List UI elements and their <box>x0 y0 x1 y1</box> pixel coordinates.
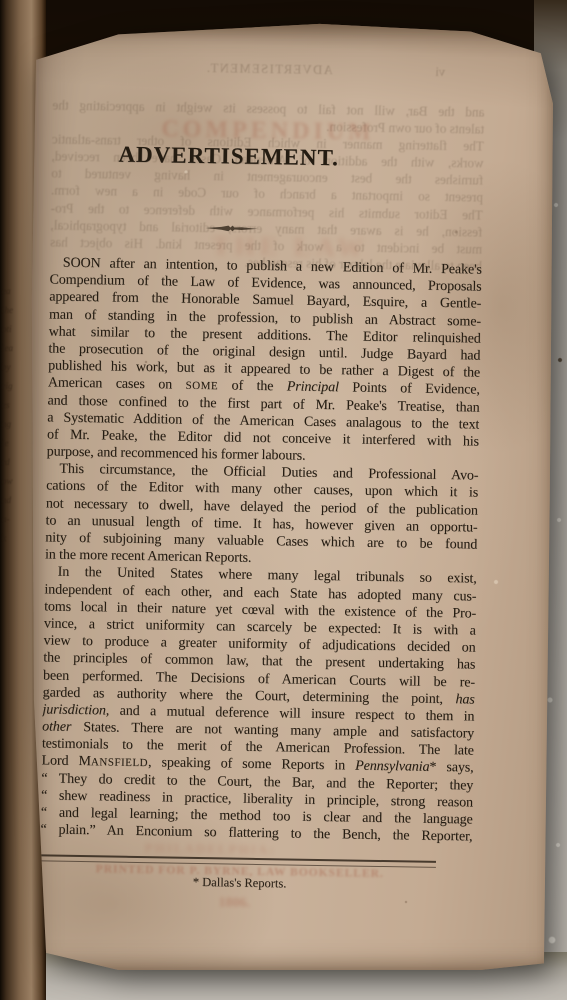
body-paragraphs: SOON after an intention, to publish a ne… <box>40 254 482 845</box>
gutter-fragment: k <box>2 529 22 548</box>
verso-bleedthrough-lines: and the Bar, will not fail to possess it… <box>50 96 485 274</box>
gutter-fragment: rig <box>2 377 22 396</box>
footnote-rule <box>36 854 436 868</box>
gutter-fragment: rd <box>2 453 22 472</box>
gutter-fragment: ow <box>2 472 22 491</box>
gutter-fragment: le <box>2 434 22 453</box>
gutter-fragment: ea <box>2 282 22 301</box>
ornament-rule <box>204 224 258 233</box>
footnote-text: * Dallas's Reports. <box>40 872 440 894</box>
facing-page-text-fragments: eatheotileabyrigesnglerdownda-k <box>2 282 22 548</box>
paragraph: This circumstance, the Official Duties a… <box>45 461 479 571</box>
gutter-fragment: oti <box>2 320 22 339</box>
paragraph: In the United States where many legal tr… <box>40 564 477 846</box>
verso-page-number: vi <box>435 65 445 80</box>
gutter-fragment: the <box>2 301 22 320</box>
page-paper: vi ADVERTISEMENT. and the Bar, will not … <box>26 22 554 970</box>
printed-block: vi ADVERTISEMENT. and the Bar, will not … <box>39 54 486 941</box>
gutter-fragment: a- <box>2 510 22 529</box>
red-showthrough-year: 1806. <box>189 895 279 912</box>
gutter-fragment: lea <box>2 339 22 358</box>
photo-scene: eatheotileabyrigesnglerdownda-k vi ADVER… <box>0 0 567 1000</box>
gutter-fragment: ng <box>2 415 22 434</box>
gutter-fragment: es <box>2 396 22 415</box>
verso-running-title-text: ADVERTISEMENT. <box>205 61 333 77</box>
verso-running-title: vi ADVERTISEMENT. <box>53 58 485 87</box>
gutter-fragment: by <box>2 358 22 377</box>
gutter-fragment: nd <box>2 491 22 510</box>
paragraph: SOON after an intention, to publish a ne… <box>47 254 482 467</box>
book-page: vi ADVERTISEMENT. and the Bar, will not … <box>26 22 554 970</box>
